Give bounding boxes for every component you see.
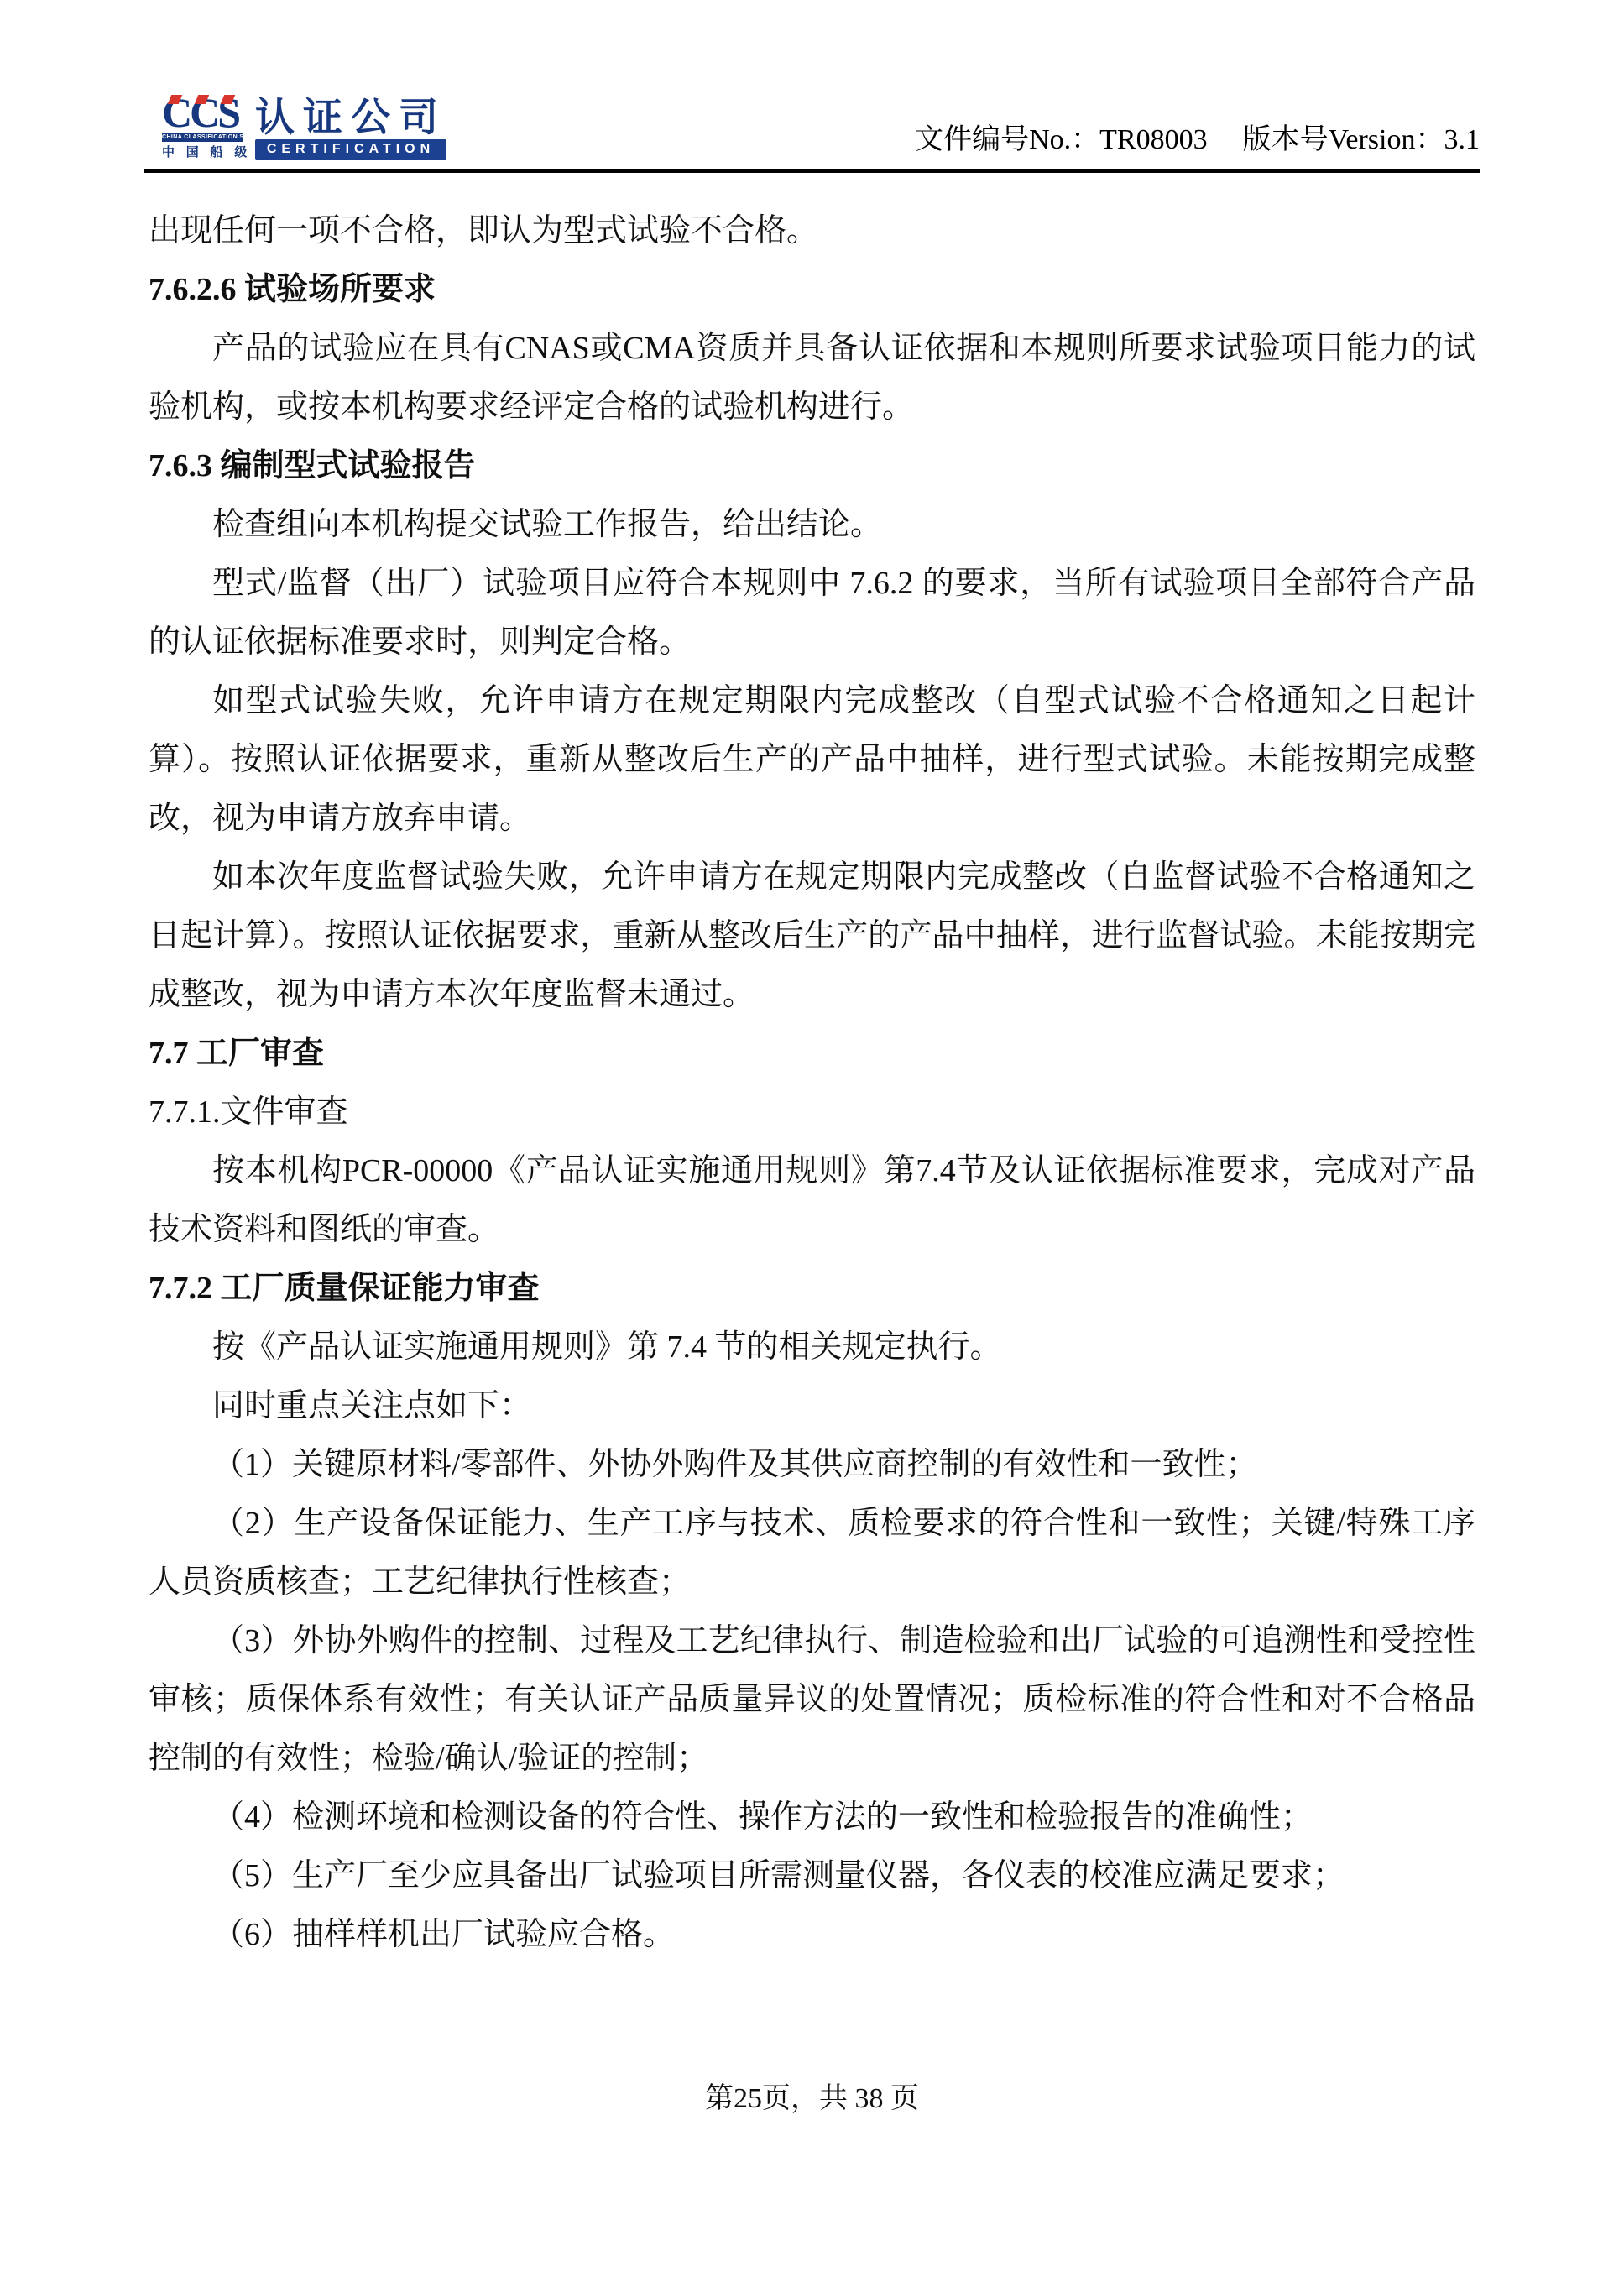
- paragraph: （3）外协外购件的控制、过程及工艺纪律执行、制造检验和出厂试验的可追溯性和受控性…: [149, 1611, 1475, 1788]
- ccs-logo-left: CCS CHINA CLASSIFICATION SOCIETY 中 国 船 级…: [162, 94, 243, 160]
- section-heading: 7.7.1.文件审查: [149, 1083, 1475, 1141]
- section-heading: 7.7 工厂审查: [149, 1024, 1475, 1083]
- certification-banner: CERTIFICATION: [255, 139, 446, 160]
- ccs-logo-right: 认证公司 CERTIFICATION: [255, 98, 446, 160]
- page-indicator: 第25页，共 38 页: [705, 2083, 919, 2114]
- section-heading: 7.6.3 编制型式试验报告: [149, 436, 1475, 495]
- ccs-acronym-wrap: CCS: [162, 94, 243, 131]
- company-name-cn: 认证公司: [255, 98, 446, 136]
- paragraph: 产品的试验应在具有CNAS或CMA资质并具备认证依据和本规则所要求试验项目能力的…: [149, 319, 1475, 436]
- paragraph: 出现任何一项不合格，即认为型式试验不合格。: [149, 201, 1475, 260]
- document-meta: 文件编号No.：TR08003版本号Version：3.1: [915, 116, 1480, 160]
- society-name-cn: 中 国 船 级 社: [162, 143, 243, 160]
- paragraph: （4）检测环境和检测设备的符合性、操作方法的一致性和检验报告的准确性；: [149, 1788, 1475, 1846]
- paragraph: 检查组向本机构提交试验工作报告，给出结论。: [149, 495, 1475, 554]
- paragraph: （5）生产厂至少应具备出厂试验项目所需测量仪器，各仪表的校准应满足要求；: [149, 1846, 1475, 1905]
- page-footer: 第25页，共 38 页: [0, 2075, 1624, 2116]
- section-heading: 7.7.2 工厂质量保证能力审查: [149, 1259, 1475, 1318]
- section-heading: 7.6.2.6 试验场所要求: [149, 260, 1475, 319]
- document-version: 版本号Version：3.1: [1243, 124, 1480, 155]
- paragraph: 按本机构PCR-00000《产品认证实施通用规则》第7.4节及认证依据标准要求，…: [149, 1141, 1475, 1259]
- paragraph: （1）关键原材料/零部件、外协外购件及其供应商控制的有效性和一致性；: [149, 1435, 1475, 1494]
- paragraph: 如型式试验失败，允许申请方在规定期限内完成整改（自型式试验不合格通知之日起计算）…: [149, 671, 1475, 848]
- paragraph: （2）生产设备保证能力、生产工序与技术、质检要求的符合性和一致性；关键/特殊工序…: [149, 1494, 1475, 1611]
- paragraph: 同时重点关注点如下：: [149, 1376, 1475, 1435]
- paragraph: （6）抽样样机出厂试验应合格。: [149, 1905, 1475, 1964]
- paragraph: 按《产品认证实施通用规则》第 7.4 节的相关规定执行。: [149, 1318, 1475, 1376]
- page-header: CCS CHINA CLASSIFICATION SOCIETY 中 国 船 级…: [144, 94, 1480, 173]
- document-page: CCS CHINA CLASSIFICATION SOCIETY 中 国 船 级…: [0, 0, 1624, 2277]
- document-number: 文件编号No.：TR08003: [915, 124, 1208, 155]
- paragraph: 如本次年度监督试验失败，允许申请方在规定期限内完成整改（自监督试验不合格通知之日…: [149, 848, 1475, 1024]
- document-body: 出现任何一项不合格，即认为型式试验不合格。7.6.2.6 试验场所要求产品的试验…: [149, 201, 1475, 1964]
- ccs-logo: CCS CHINA CLASSIFICATION SOCIETY 中 国 船 级…: [162, 94, 446, 160]
- paragraph: 型式/监督（出厂）试验项目应符合本规则中 7.6.2 的要求，当所有试验项目全部…: [149, 554, 1475, 671]
